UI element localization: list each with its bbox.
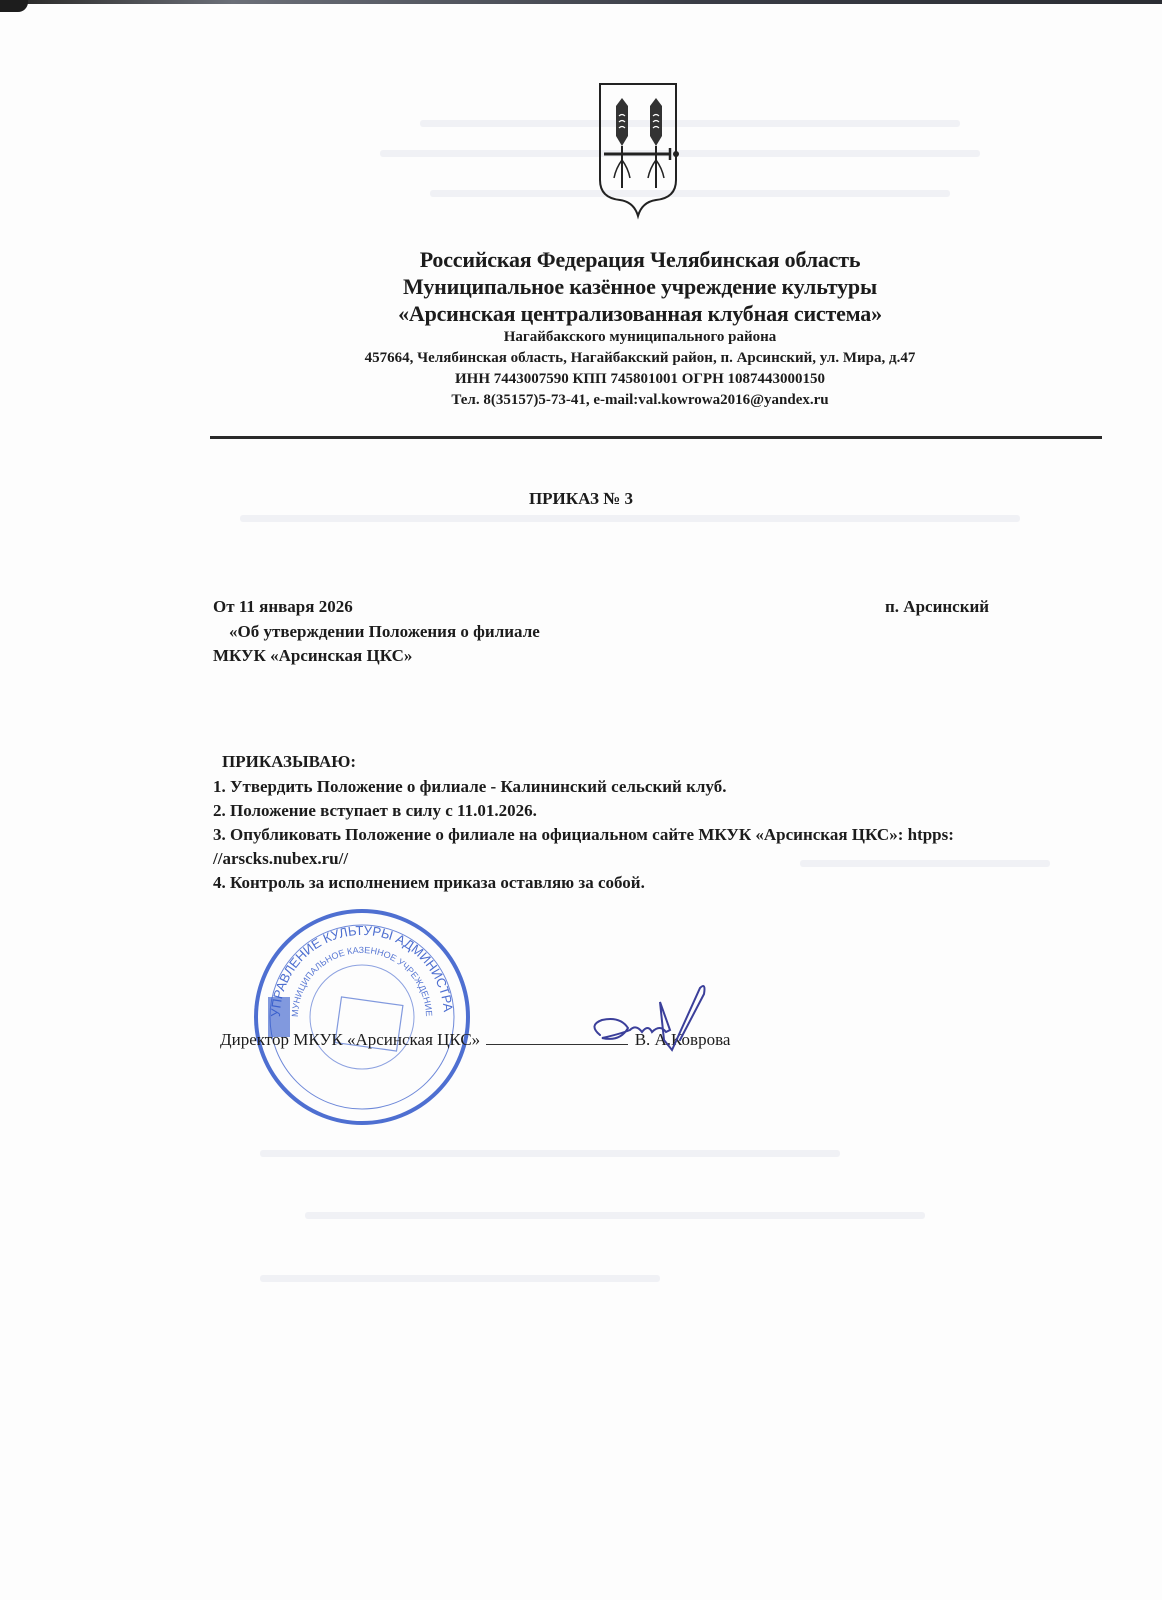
bleed-through-line <box>260 1150 840 1157</box>
bleed-through-line <box>420 120 960 127</box>
order-item: 3. Опубликовать Положение о филиале на о… <box>213 823 1093 871</box>
order-heading: ПРИКАЗЫВАЮ: <box>222 752 356 772</box>
order-item: 2. Положение вступает в силу с 11.01.202… <box>213 799 1093 823</box>
letterhead-district: Нагайбакского муниципального района <box>200 327 1080 348</box>
coat-of-arms-icon <box>596 80 680 220</box>
official-stamp: УПРАВЛЕНИЕ КУЛЬТУРЫ АДМИНИСТРАЦИИ НАГАЙБ… <box>250 905 475 1130</box>
letterhead-country: Российская Федерация Челябинская область <box>200 246 1080 273</box>
letterhead-institution-type: Муниципальное казённое учреждение культу… <box>200 273 1080 300</box>
order-item: 1. Утвердить Положение о филиале - Калин… <box>213 775 1093 799</box>
document-place: п. Арсинский <box>885 597 989 617</box>
bleed-through-line <box>430 190 950 197</box>
subject-line-1: «Об утверждении Положения о филиале <box>213 620 540 644</box>
order-items: 1. Утвердить Положение о филиале - Калин… <box>213 775 1093 895</box>
handwritten-signature <box>580 980 730 1060</box>
subject-line-2: МКУК «Арсинская ЦКС» <box>213 644 540 668</box>
order-item: 4. Контроль за исполнением приказа остав… <box>213 871 1093 895</box>
document-subject: «Об утверждении Положения о филиале МКУК… <box>213 620 540 668</box>
letterhead-requisites: ИНН 7443007590 КПП 745801001 ОГРН 108744… <box>200 369 1080 390</box>
document-title: ПРИКАЗ № 3 <box>0 489 1162 509</box>
bleed-through-line <box>240 515 1020 522</box>
signer-position: Директор МКУК «Арсинская ЦКС» <box>220 1030 480 1049</box>
letterhead-divider <box>210 436 1102 439</box>
scan-corner <box>0 0 28 12</box>
letterhead: Российская Федерация Челябинская область… <box>200 246 1080 411</box>
letterhead-institution-name: «Арсинская централизованная клубная сист… <box>200 300 1080 327</box>
letterhead-address: 457664, Челябинская область, Нагайбакски… <box>200 348 1080 369</box>
bleed-through-line <box>380 150 980 157</box>
letterhead-contacts: Тел. 8(35157)5-73-41, e-mail:val.kowrowa… <box>200 390 1080 411</box>
bleed-through-line <box>305 1212 925 1219</box>
bleed-through-line <box>260 1275 660 1282</box>
document-date: От 11 января 2026 <box>213 597 353 617</box>
scan-top-edge <box>0 0 1162 4</box>
